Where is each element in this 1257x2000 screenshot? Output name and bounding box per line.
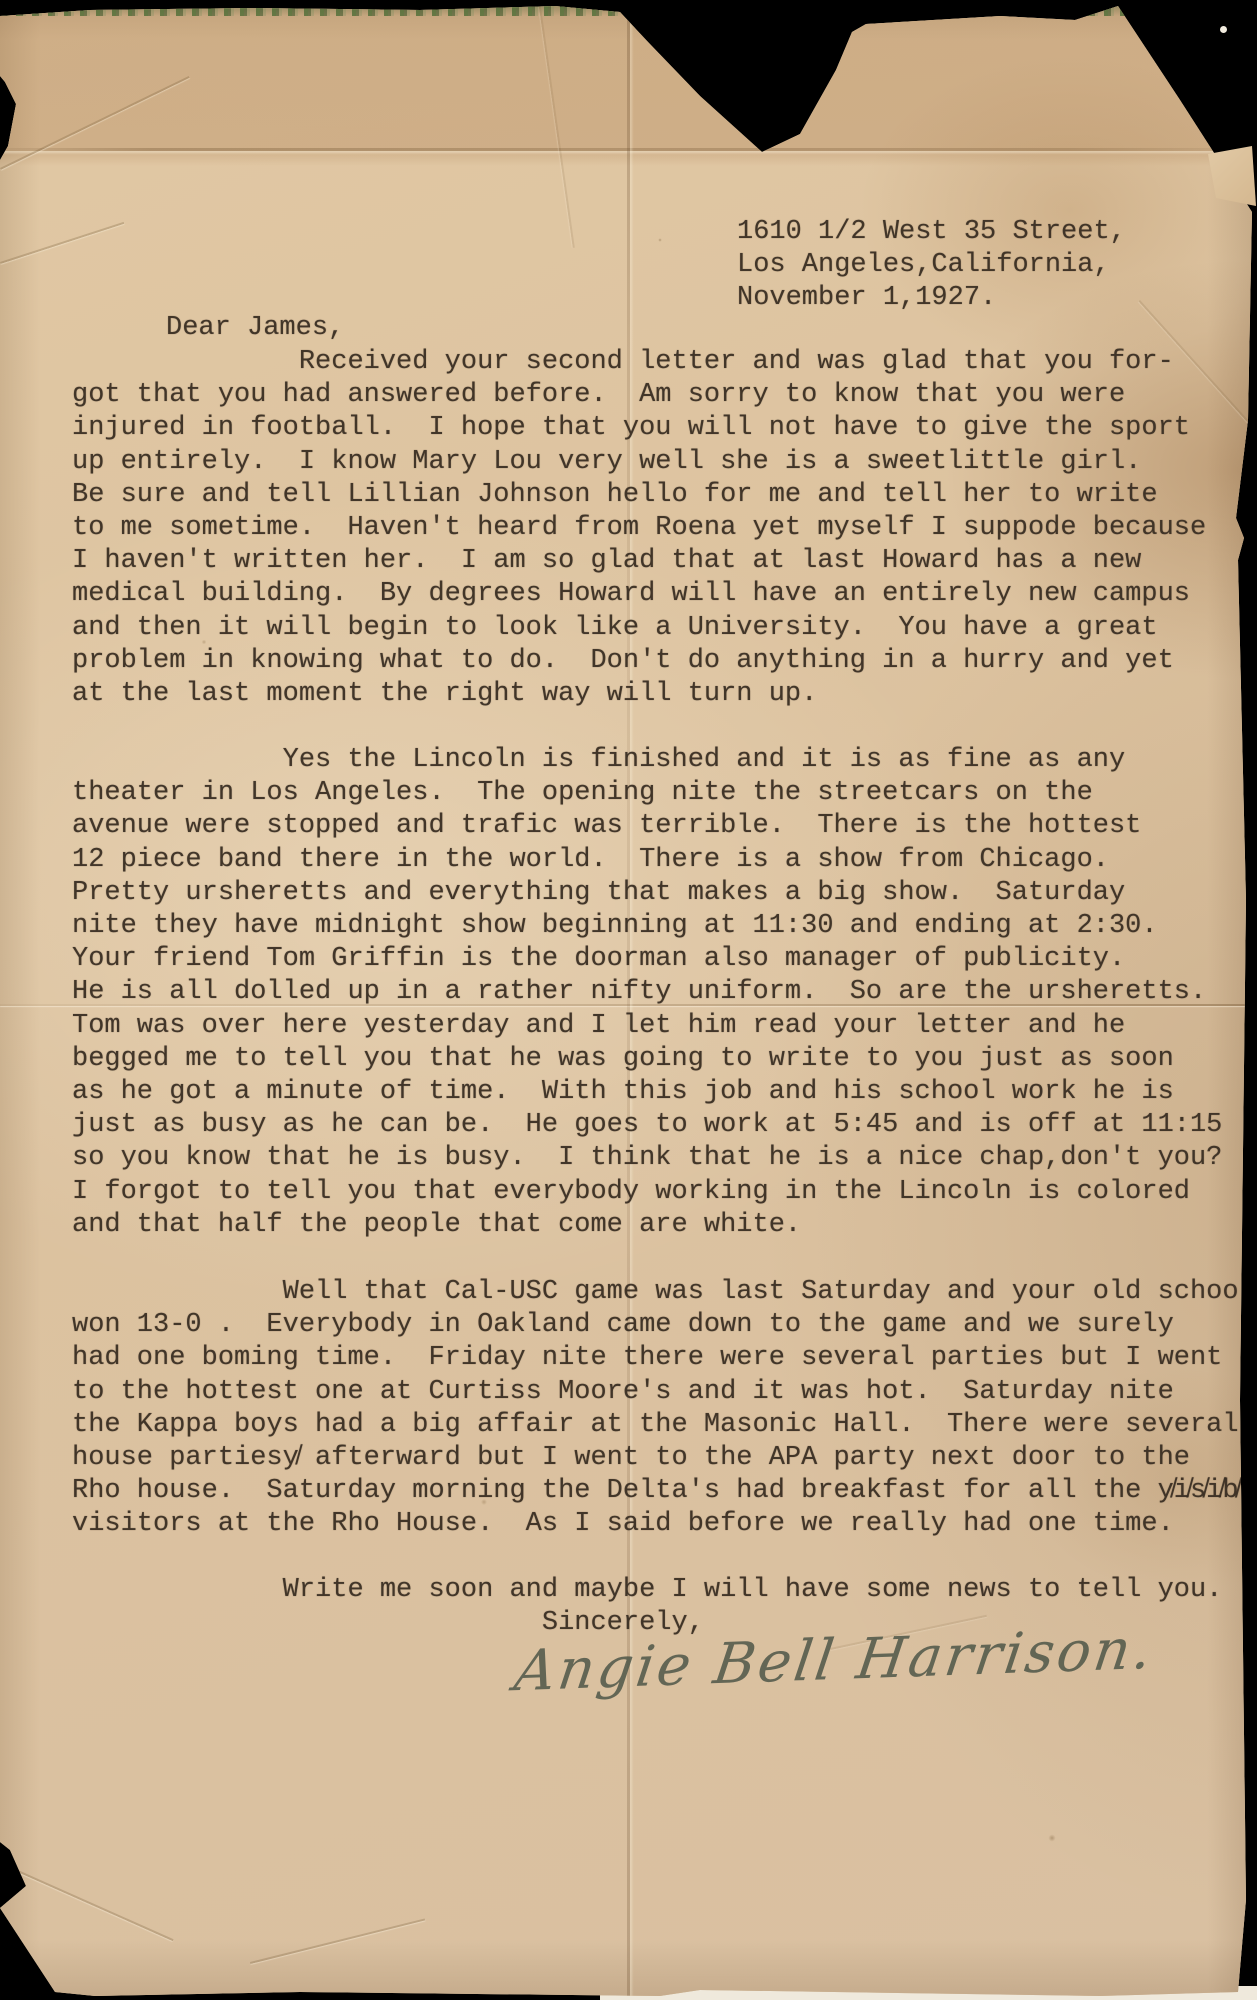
letter-paragraph-2: Yes the Lincoln is finished and it is as… [72,744,1222,1242]
sender-address-block: 1610 1/2 West 35 Street, Los Angeles,Cal… [737,216,1126,316]
letter-paragraph-1: Received your second letter and was glad… [72,346,1206,711]
letter-paragraph-3: Well that Cal-USC game was last Saturday… [72,1276,1255,1542]
letter-scan-scene: 1610 1/2 West 35 Street, Los Angeles,Cal… [0,0,1257,2000]
green-deckled-edge [0,0,1257,16]
salutation: Dear James, [166,312,344,345]
backdrop-speck [1220,26,1227,33]
letter-paper: 1610 1/2 West 35 Street, Los Angeles,Cal… [0,0,1257,2000]
